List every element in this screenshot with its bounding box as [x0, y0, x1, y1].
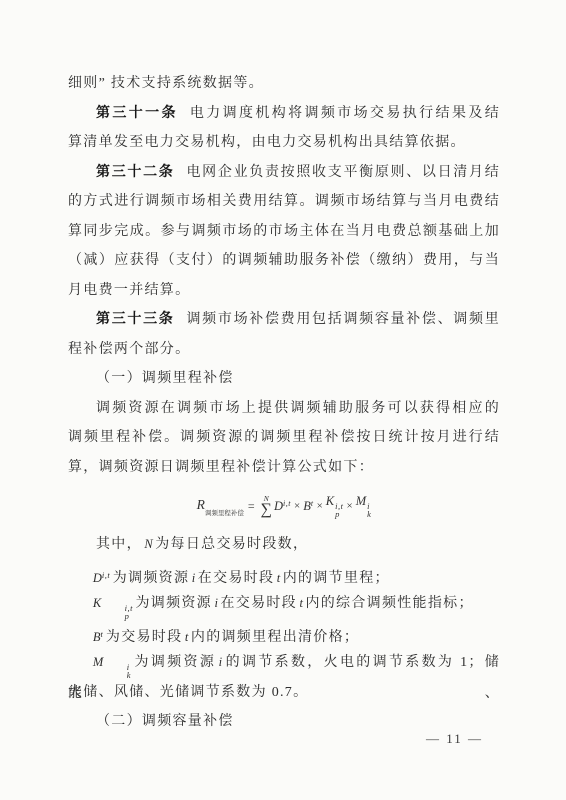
math-variable: Ki,tp [93, 596, 133, 610]
text-line: 算，调频资源日调频里程补偿计算公式如下： [68, 453, 500, 483]
math-variable: t [185, 630, 188, 644]
math-variable: t [277, 571, 280, 585]
text-line: 程补偿两个部分。 [68, 335, 500, 365]
page-number: — 11 — [426, 731, 483, 747]
math-variable: Di,t [93, 571, 110, 585]
text-line: 细则” 技术支持系统数据等。 [68, 69, 500, 99]
math-variable: Di,t [274, 498, 291, 514]
math-variable: N [144, 537, 152, 551]
formula: R调频里程补偿=N∑Di,t×Bt×Ki,tp×Mik [68, 482, 500, 530]
article-heading: 第三十一条 [96, 106, 178, 121]
multiplication-sign: × [347, 500, 353, 512]
math-variable: t [299, 596, 302, 610]
text-line: Ki,tp为调频资源i在交易时段t内的综合调频性能指标； [68, 589, 500, 619]
formula-lhs: R调频里程补偿 [197, 497, 244, 515]
article-heading: 第三十二条 [96, 165, 174, 180]
text-line: 第三十三条调频市场补偿费用包括调频容量补偿、调频里 [68, 305, 500, 335]
text-line: 调频里程补偿。调频资源的调频里程补偿按日统计按月进行结 [68, 423, 500, 453]
math-variable: Mik [93, 655, 131, 669]
math-variable: Ki,tp [326, 494, 344, 518]
equals-sign: = [248, 499, 255, 514]
math-variable: i [192, 571, 195, 585]
multiplication-sign: × [294, 500, 300, 512]
text-line: 的方式进行调频市场相关费用结算。调频市场结算与当月电费结 [68, 187, 500, 217]
text-line: 算同步完成。参与调频市场的市场主体在当月电费总额基础上加 [68, 217, 500, 247]
text-line: 其中，N为每日总交易时段数， [68, 530, 500, 560]
text-line: 算清单发至电力交易机构，由电力交易机构出具结算依据。 [68, 128, 500, 158]
math-variable: Bt [93, 630, 104, 644]
text-line: 第三十二条电网企业负责按照收支平衡原则、以日清月结 [68, 158, 500, 188]
math-variable: Bt [303, 498, 313, 514]
text-line: 第三十一条电力调度机构将调频市场交易执行结果及结 [68, 99, 500, 129]
paragraph-block-top: 细则” 技术支持系统数据等。第三十一条电力调度机构将调频市场交易执行结果及结算清… [68, 69, 500, 482]
document-content: 细则” 技术支持系统数据等。第三十一条电力调度机构将调频市场交易执行结果及结算清… [68, 69, 500, 737]
text-line: Bt为交易时段t内的调频里程出清价格； [68, 619, 500, 649]
summation-symbol: N∑ [261, 495, 272, 517]
text-line: （一）调频里程补偿 [68, 364, 500, 394]
text-line: 月电费一并结算。 [68, 276, 500, 306]
article-heading: 第三十三条 [96, 312, 174, 327]
paragraph-block-bottom: 其中，N为每日总交易时段数，Di,t为调频资源i在交易时段t内的调节里程；Ki,… [68, 530, 500, 737]
math-variable: i [214, 596, 217, 610]
text-line: 调频资源在调频市场上提供调频辅助服务可以获得相应的 [68, 394, 500, 424]
math-variable: Mik [356, 494, 372, 518]
text-line: Mik为调频资源i的调节系数，火电的调节系数为 1；储能、 [68, 648, 500, 678]
math-variable: i [219, 655, 222, 669]
document-page: 细则” 技术支持系统数据等。第三十一条电力调度机构将调频市场交易执行结果及结算清… [0, 0, 566, 800]
text-line: Di,t为调频资源i在交易时段t内的调节里程； [68, 560, 500, 590]
text-line: （减）应获得（支付）的调频辅助服务补偿（缴纳）费用，与当 [68, 246, 500, 276]
multiplication-sign: × [317, 500, 323, 512]
